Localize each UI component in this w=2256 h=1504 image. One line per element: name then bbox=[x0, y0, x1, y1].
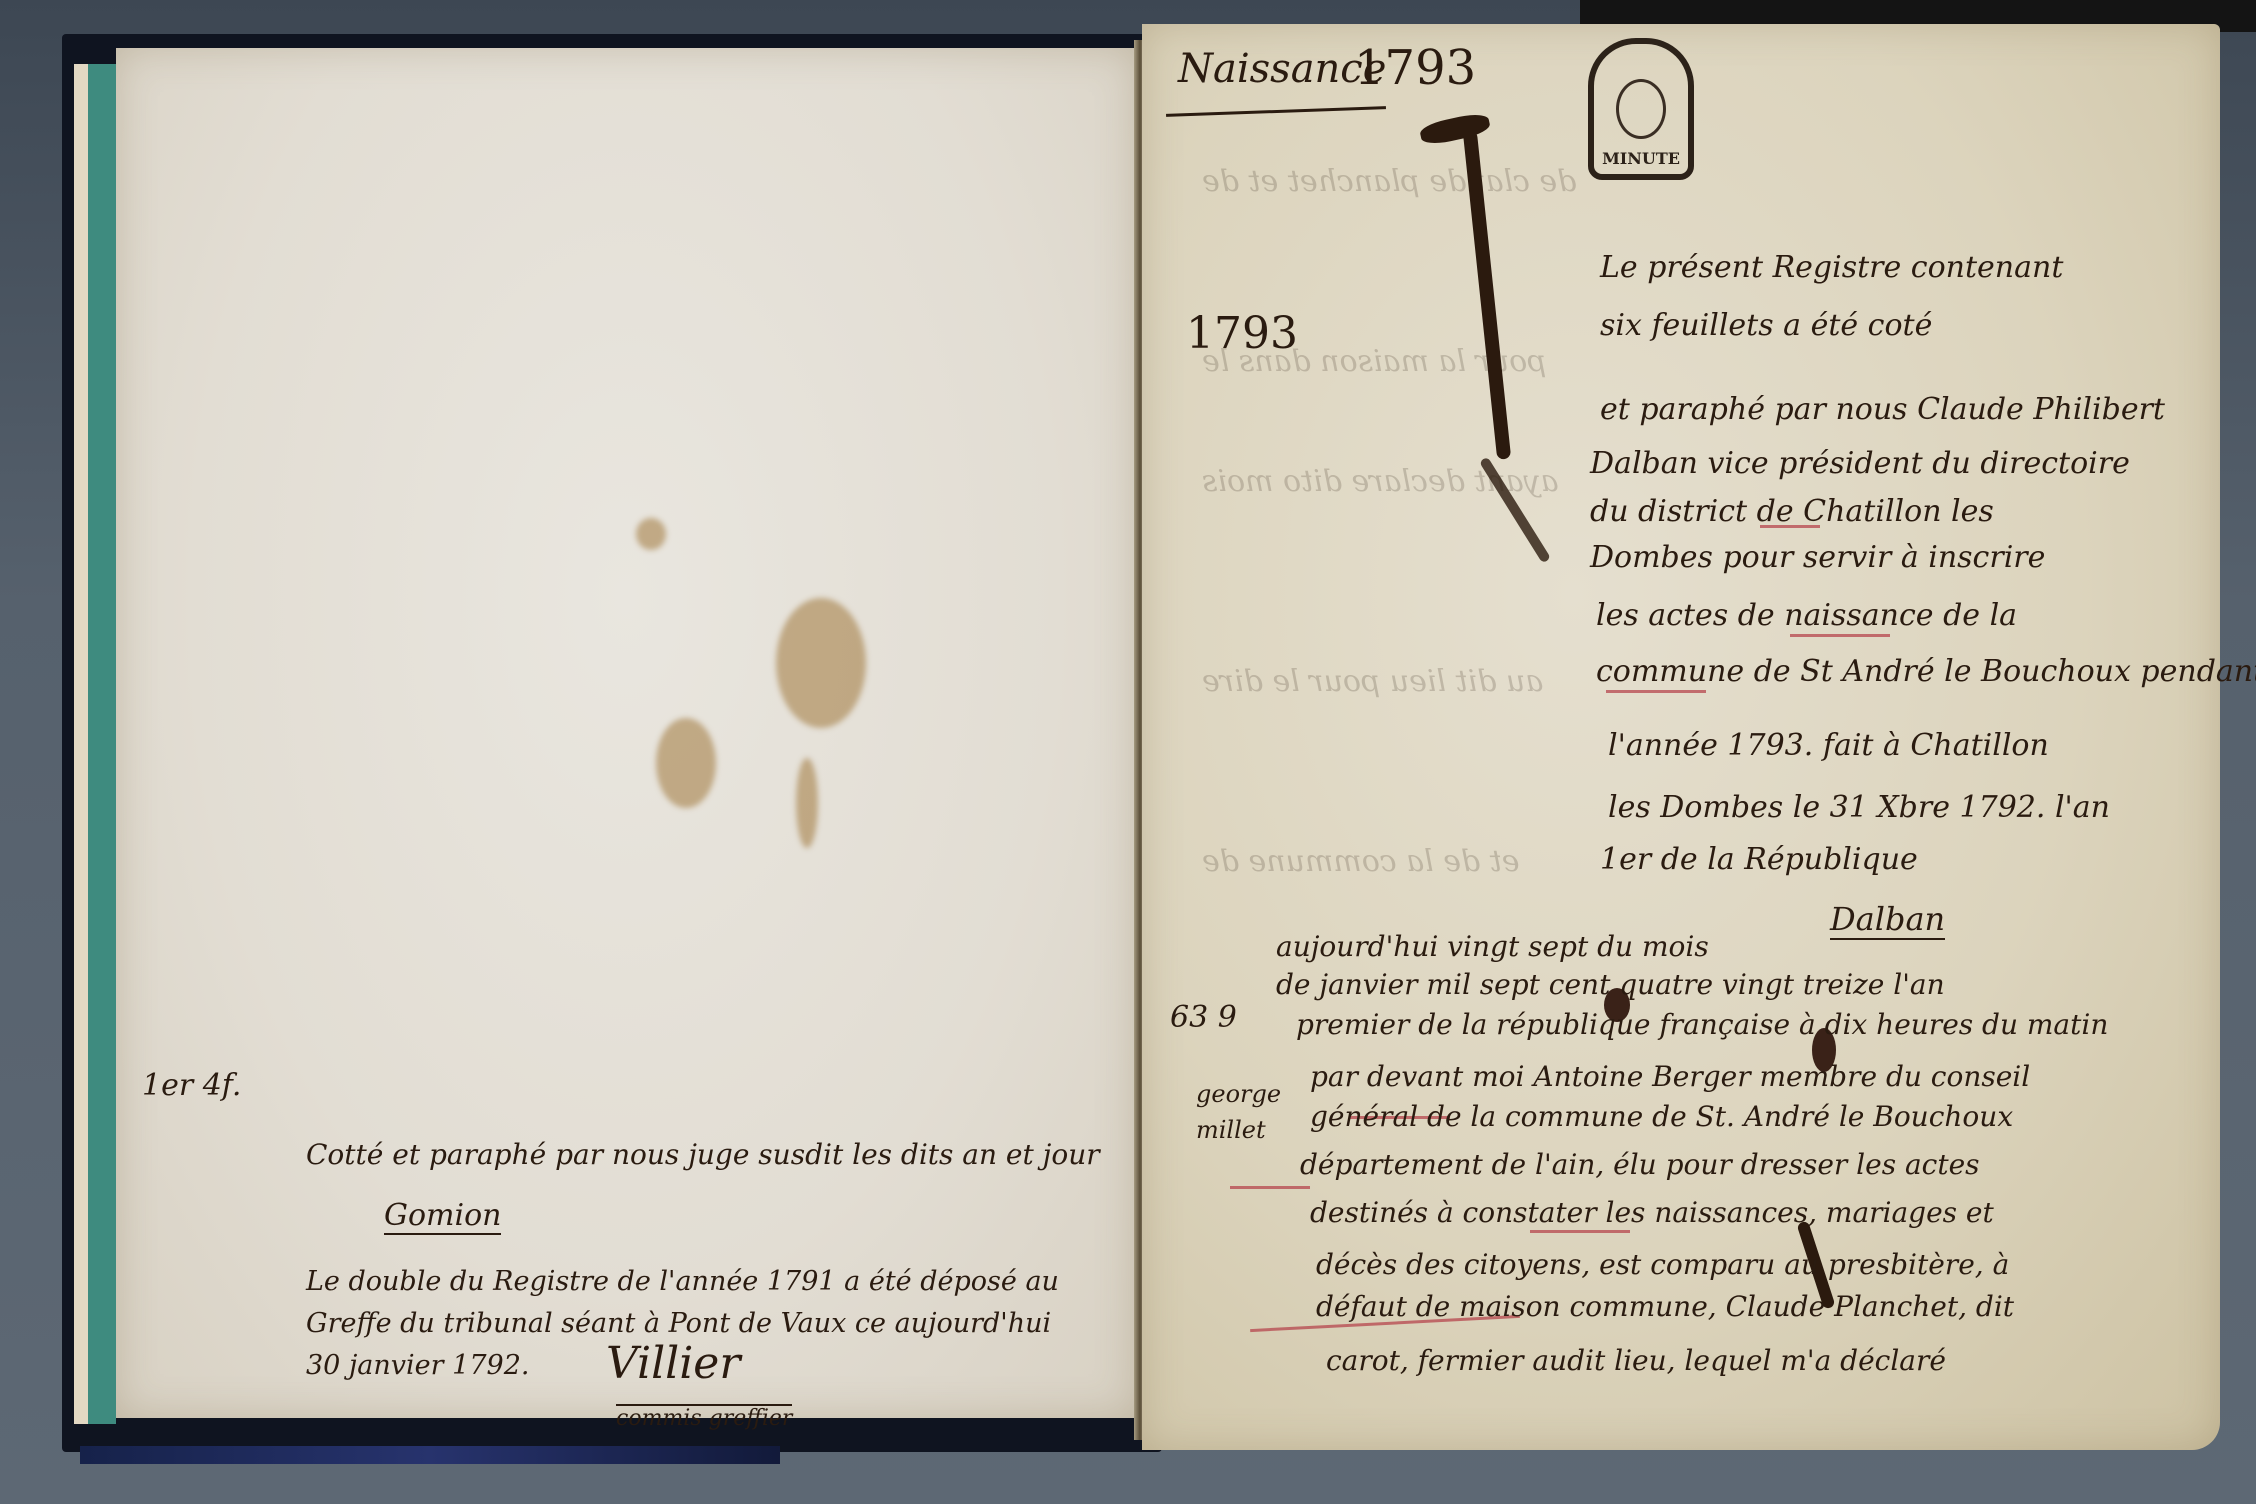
stamp-emblem bbox=[1616, 79, 1666, 139]
opening-line: et paraphé par nous Claude Philibert bbox=[1600, 392, 2165, 427]
deposit-note-line: 30 janvier 1792. bbox=[306, 1350, 529, 1381]
register-year: 1793 bbox=[1354, 40, 1476, 96]
green-binding-strip bbox=[88, 64, 116, 1424]
paraph-note: Cotté et paraphé par nous juge susdit le… bbox=[306, 1138, 1100, 1171]
deposit-note-line: Greffe du tribunal séant à Pont de Vaux … bbox=[306, 1308, 1051, 1339]
opening-line: Dombes pour servir à inscrire bbox=[1590, 540, 2045, 575]
bleed-through-text: au dit lieu pour le dire bbox=[1202, 664, 1543, 699]
entry-line: département de l'ain, élu pour dresser l… bbox=[1300, 1148, 1980, 1181]
minute-stamp: MINUTE bbox=[1588, 38, 1694, 180]
deposit-signature-title: commis greffier bbox=[616, 1404, 792, 1431]
opening-line: 1er de la République bbox=[1600, 842, 1918, 877]
entry-line: aujourd'hui vingt sept du mois bbox=[1276, 930, 1709, 963]
entry-margin-name: george bbox=[1196, 1080, 1281, 1108]
foxing-stain bbox=[636, 518, 666, 550]
entry-line: général de la commune de St. André le Bo… bbox=[1310, 1100, 2013, 1133]
folio-mark: 1er 4f. bbox=[142, 1068, 241, 1103]
red-underline bbox=[1230, 1186, 1310, 1189]
book-endband bbox=[74, 64, 88, 1424]
opening-signature: Dalban bbox=[1830, 900, 1945, 940]
bleed-through-text: de claude planchet et de bbox=[1202, 164, 1576, 199]
paraph-signature: Gomion bbox=[384, 1198, 501, 1235]
red-underline bbox=[1760, 525, 1820, 528]
opening-line: du district de Chatillon les bbox=[1590, 494, 1994, 529]
opening-line: les actes de naissance de la bbox=[1596, 598, 2017, 633]
foxing-stain bbox=[656, 718, 716, 808]
opening-line: l'année 1793. fait à Chatillon bbox=[1608, 728, 2049, 763]
entry-line: de janvier mil sept cent quatre vingt tr… bbox=[1276, 968, 1945, 1001]
entry-margin-name: millet bbox=[1196, 1116, 1266, 1144]
opening-line: Le présent Registre contenant bbox=[1600, 250, 2063, 285]
entry-line: carot, fermier audit lieu, lequel m'a dé… bbox=[1326, 1344, 1946, 1377]
opening-line: Dalban vice président du directoire bbox=[1590, 446, 2130, 481]
cover-marbled-edge bbox=[80, 1446, 780, 1464]
bleed-through-text: et de la commune de bbox=[1202, 844, 1520, 879]
opening-line: six feuillets a été coté bbox=[1600, 308, 1932, 343]
red-underline bbox=[1530, 1230, 1630, 1233]
opening-line: commune de St André le Bouchoux pendant bbox=[1596, 654, 2256, 689]
entry-line: défaut de maison commune, Claude Planche… bbox=[1316, 1290, 2014, 1323]
stamp-text: MINUTE bbox=[1602, 149, 1680, 168]
red-underline bbox=[1790, 634, 1890, 637]
entry-line: destinés à constater les naissances, mar… bbox=[1310, 1196, 1994, 1229]
entry-line: décès des citoyens, est comparu au presb… bbox=[1316, 1248, 2009, 1281]
opening-line: les Dombes le 31 Xbre 1792. l'an bbox=[1608, 790, 2110, 825]
entry-line: premier de la république française à dix… bbox=[1296, 1008, 2108, 1041]
red-underline bbox=[1606, 690, 1706, 693]
foxing-stain bbox=[796, 758, 818, 848]
entry-line: par devant moi Antoine Berger membre du … bbox=[1310, 1060, 2030, 1093]
left-page: 1er 4f. Cotté et paraphé par nous juge s… bbox=[116, 48, 1138, 1418]
entry-margin-number: 63 9 bbox=[1170, 1000, 1237, 1035]
deposit-note-line: Le double du Registre de l'année 1791 a … bbox=[306, 1266, 1059, 1297]
margin-year: 1793 bbox=[1186, 308, 1298, 359]
deposit-signature: Villier bbox=[606, 1338, 740, 1389]
foxing-stain bbox=[776, 598, 866, 728]
